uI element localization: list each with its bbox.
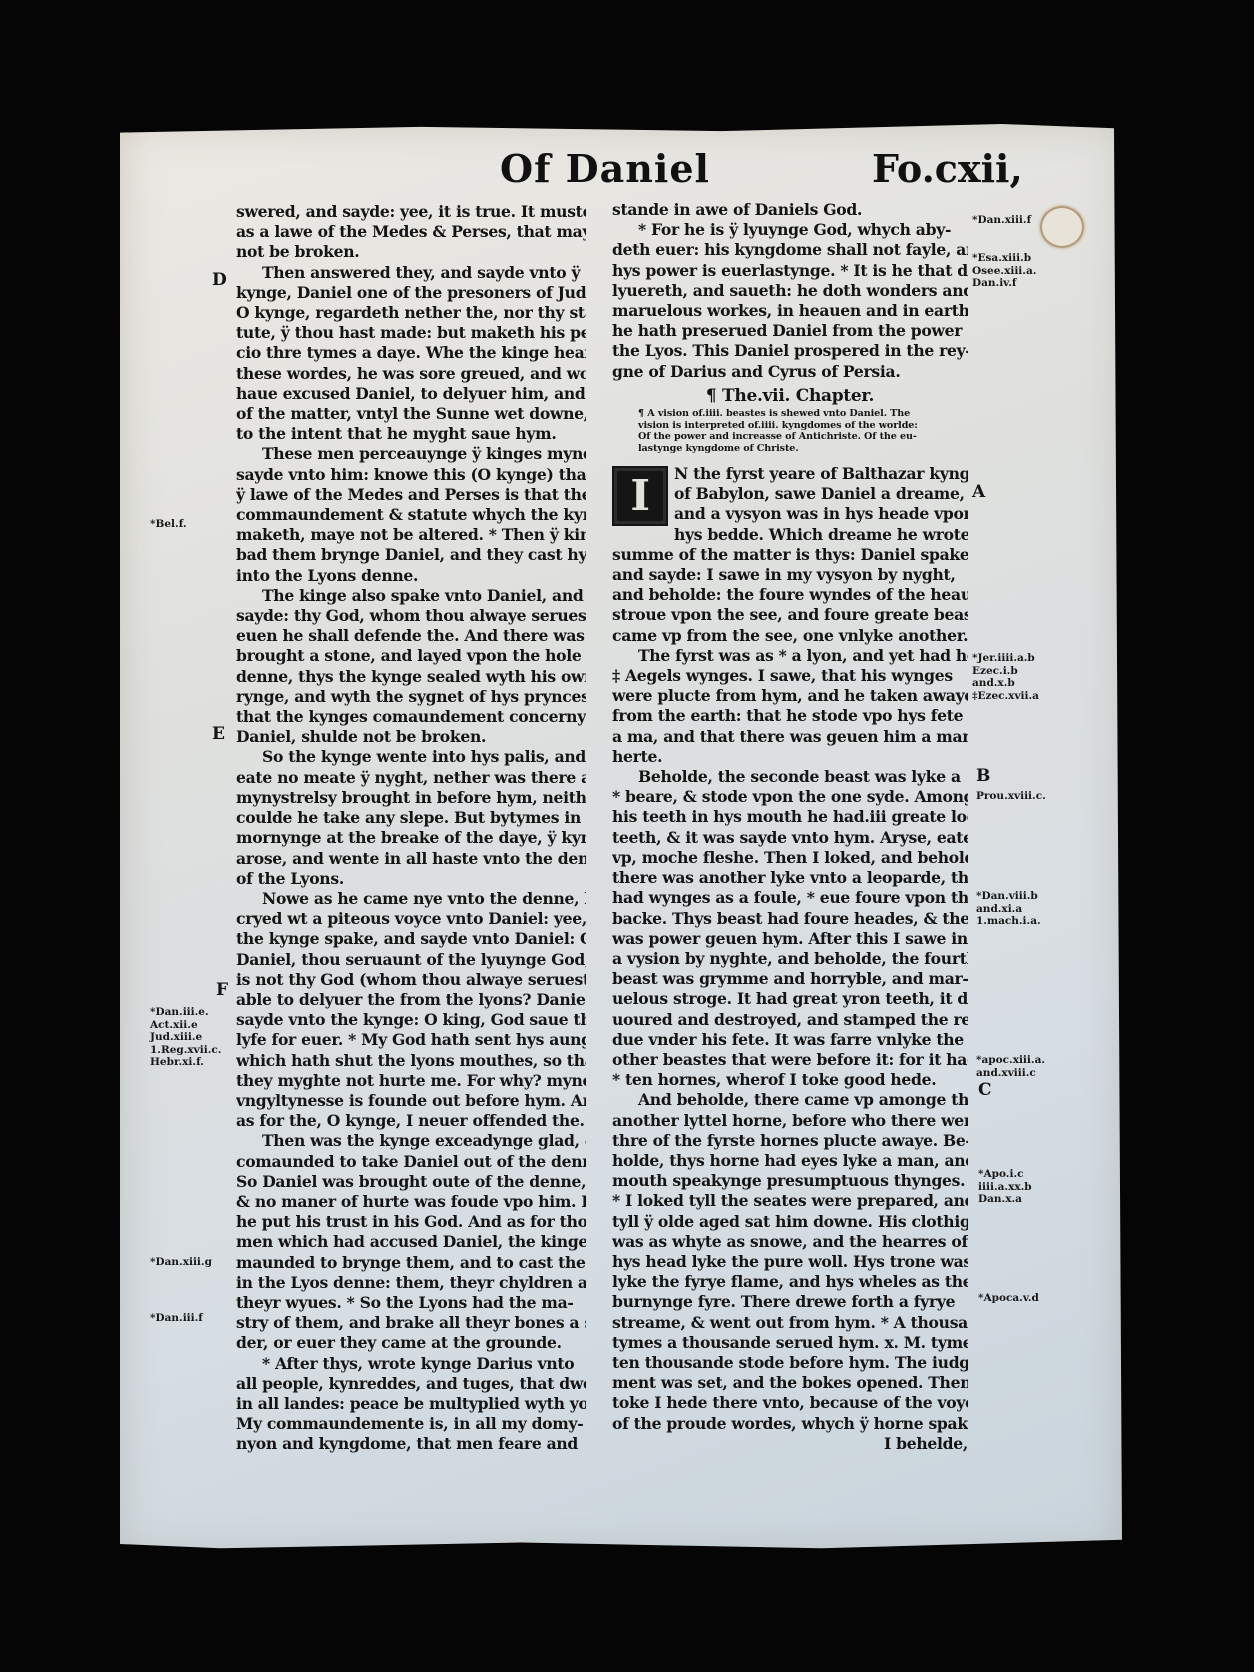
text-line: swered, and sayde: yee, it is true. It m… xyxy=(236,202,586,222)
text-line: My commaundemente is, in all my domy- xyxy=(236,1414,586,1434)
text-line: vp, moche fleshe. Then I loked, and beho… xyxy=(612,848,968,868)
text-line: * ten hornes, wherof I toke good hede. xyxy=(612,1070,968,1090)
text-line: were plucte from hym, and he taken awaye xyxy=(612,686,968,706)
text-line: These men perceauynge ÿ kinges mynde, xyxy=(236,444,586,464)
text-line: rynge, and wyth the sygnet of hys prynce… xyxy=(236,687,586,707)
chapter-summary: ¶ A vision of.iiii. beastes is shewed vn… xyxy=(612,408,968,454)
text-line: in the Lyos denne: them, theyr chyldren … xyxy=(236,1273,586,1293)
section-letter-e: E xyxy=(212,724,225,744)
text-line: ment was set, and the bokes opened. Then xyxy=(612,1373,968,1393)
text-line: other beastes that were before it: for i… xyxy=(612,1050,968,1070)
text-line: * For he is ÿ lyuynge God, whych aby- xyxy=(612,220,968,240)
text-line: Then was the kynge exceadynge glad, & xyxy=(236,1131,586,1151)
folio-number: Fo.cxii, xyxy=(872,146,1023,191)
text-line: herte. xyxy=(612,747,968,767)
text-line: vision is interpreted of.iiii. kyngdomes… xyxy=(638,420,968,432)
text-line: as for the, O kynge, I neuer offended th… xyxy=(236,1111,586,1131)
text-line: denne, thys the kynge sealed wyth his ow… xyxy=(236,667,586,687)
text-line: able to delyuer the from the lyons? Dani… xyxy=(236,990,586,1010)
text-line: euen he shall defende the. And there was xyxy=(236,626,586,646)
left-text-column: swered, and sayde: yee, it is true. It m… xyxy=(236,202,586,1455)
text-line: * I loked tyll the seates were prepared,… xyxy=(612,1191,968,1211)
margin-note: *Apoca.v.d xyxy=(978,1292,1039,1305)
text-line: holde, thys horne had eyes lyke a man, a… xyxy=(612,1151,968,1171)
text-line: tute, ÿ thou hast made: but maketh his p… xyxy=(236,323,586,343)
text-line: cryed wt a piteous voyce vnto Daniel: ye… xyxy=(236,909,586,929)
text-line: mornynge at the breake of the daye, ÿ ky… xyxy=(236,828,586,848)
text-line: hys power is euerlastynge. * It is he th… xyxy=(612,261,968,281)
text-line: eate no meate ÿ nyght, nether was there … xyxy=(236,768,586,788)
text-line: he put his trust in his God. And as for … xyxy=(236,1212,586,1232)
text-line: haue excused Daniel, to delyuer him, and… xyxy=(236,384,586,404)
text-line: Nowe as he came nye vnto the denne, he xyxy=(236,889,586,909)
paper-stain xyxy=(1040,206,1084,248)
text-line: commaundement & statute whych the kynge xyxy=(236,505,586,525)
margin-note: *Dan.iii.f xyxy=(150,1312,203,1325)
text-line: * After thys, wrote kynge Darius vnto xyxy=(236,1354,586,1374)
text-line: sayde vnto him: knowe this (O kynge) tha… xyxy=(236,465,586,485)
catchword: I behelde, xyxy=(612,1434,968,1454)
text-line: ‡ Aegels wynges. I sawe, that his wynges xyxy=(612,666,968,686)
text-line: mouth speakynge presumptuous thynges. xyxy=(612,1171,968,1191)
text-line: these wordes, he was sore greued, and wo… xyxy=(236,364,586,384)
section-letter-b: B xyxy=(976,766,990,786)
text-line: another lyttel horne, before who there w… xyxy=(612,1111,968,1131)
margin-note: *Dan.xiii.g xyxy=(150,1256,212,1269)
text-line: der, or euer they came at the grounde. xyxy=(236,1333,586,1353)
text-line: the Lyos. This Daniel prospered in the r… xyxy=(612,341,968,361)
text-line: as a lawe of the Medes & Perses, that ma… xyxy=(236,222,586,242)
text-line: The kinge also spake vnto Daniel, and xyxy=(236,586,586,606)
text-line: Daniel, shulde not be broken. xyxy=(236,727,586,747)
margin-note: Prou.xviii.c. xyxy=(976,790,1046,803)
text-line: not be broken. xyxy=(236,242,586,262)
margin-note: *Bel.f. xyxy=(150,518,187,531)
text-line: to the intent that he myght saue hym. xyxy=(236,424,586,444)
text-line: nyon and kyngdome, that men feare and xyxy=(236,1434,586,1454)
text-line: thre of the fyrste hornes plucte awaye. … xyxy=(612,1131,968,1151)
text-line: which hath shut the lyons mouthes, so th… xyxy=(236,1051,586,1071)
text-line: And beholde, there came vp amonge them, xyxy=(612,1090,968,1110)
text-line: from the earth: that he stode vpo hys fe… xyxy=(612,706,968,726)
text-line: ¶ A vision of.iiii. beastes is shewed vn… xyxy=(638,408,968,420)
text-line: deth euer: his kyngdome shall not fayle,… xyxy=(612,240,968,260)
text-line: So Daniel was brought oute of the denne, xyxy=(236,1172,586,1192)
margin-note: *Esa.xiii.b Osee.xiii.a. Dan.iv.f xyxy=(972,252,1036,290)
text-line: they myghte not hurte me. For why? myne xyxy=(236,1071,586,1091)
margin-note: *Dan.xiii.f xyxy=(972,214,1031,227)
text-line: teeth, & it was sayde vnto hym. Aryse, e… xyxy=(612,828,968,848)
text-line: backe. Thys beast had foure heades, & th… xyxy=(612,909,968,929)
text-line: of the Lyons. xyxy=(236,869,586,889)
text-line: Daniel, thou seruaunt of the lyuynge God… xyxy=(236,950,586,970)
text-line: cio thre tymes a daye. Whe the kinge hea… xyxy=(236,343,586,363)
text-line: ÿ lawe of the Medes and Perses is that t… xyxy=(236,485,586,505)
section-letter-c: C xyxy=(978,1080,992,1100)
text-line: and beholde: the foure wyndes of the hea… xyxy=(612,585,968,605)
text-line: there was another lyke vnto a leoparde, … xyxy=(612,868,968,888)
text-line: uelous stroge. It had great yron teeth, … xyxy=(612,989,968,1009)
text-line: N the fyrst yeare of Balthazar kyng xyxy=(674,464,968,484)
text-line: lyuereth, and saueth: he doth wonders an… xyxy=(612,281,968,301)
text-line: is not thy God (whom thou alwaye seruest… xyxy=(236,970,586,990)
text-line: he hath preserued Daniel from the power … xyxy=(612,321,968,341)
text-line: tyll ÿ olde aged sat him downe. His clot… xyxy=(612,1212,968,1232)
text-line: ten thousande stode before hym. The iudg… xyxy=(612,1353,968,1373)
text-line: bad them brynge Daniel, and they cast hy… xyxy=(236,545,586,565)
text-line: lyke the fyrye flame, and hys wheles as … xyxy=(612,1272,968,1292)
text-line: hys head lyke the pure woll. Hys trone w… xyxy=(612,1252,968,1272)
running-head: Of Daniel xyxy=(500,146,710,191)
text-line: beast was grymme and horryble, and mar- xyxy=(612,969,968,989)
text-line: a vysion by nyghte, and beholde, the fou… xyxy=(612,949,968,969)
text-line: of the proude wordes, whych ÿ horne spak… xyxy=(612,1414,968,1434)
text-line: So the kynge wente into hys palis, and xyxy=(236,747,586,767)
text-line: * beare, & stode vpon the one syde. Amon… xyxy=(612,787,968,807)
text-line: hys bedde. Which dreame he wrote, and th… xyxy=(674,525,968,545)
text-line: Then answered they, and sayde vnto ÿ xyxy=(236,263,586,283)
text-line: stry of them, and brake all theyr bones … xyxy=(236,1313,586,1333)
section-letter-d: D xyxy=(212,270,227,290)
text-line: was as whyte as snowe, and the hearres o… xyxy=(612,1232,968,1252)
text-line: stande in awe of Daniels God. xyxy=(612,200,968,220)
text-line: arose, and wente in all haste vnto the d… xyxy=(236,849,586,869)
text-line: of the matter, vntyl the Sunne wet downe… xyxy=(236,404,586,424)
text-line: summe of the matter is thys: Daniel spak… xyxy=(612,545,968,565)
text-line: maunded to brynge them, and to cast them xyxy=(236,1253,586,1273)
text-line: stroue vpon the see, and foure greate be… xyxy=(612,605,968,625)
section-letter-f: F xyxy=(216,980,228,1000)
margin-note: *Dan.viii.b and.xi.a 1.mach.i.a. xyxy=(976,890,1041,928)
text-line: men which had accused Daniel, the kinge … xyxy=(236,1232,586,1252)
text-line: came vp from the see, one vnlyke another… xyxy=(612,626,968,646)
text-line: that the kynges comaundement concernyng xyxy=(236,707,586,727)
text-line: O kynge, regardeth nether the, nor thy s… xyxy=(236,303,586,323)
text-line: of Babylon, sawe Daniel a dreame, xyxy=(674,484,968,504)
text-line: comaunded to take Daniel out of the denn… xyxy=(236,1152,586,1172)
text-line: The fyrst was as * a lyon, and yet had h… xyxy=(612,646,968,666)
text-line: his teeth in hys mouth he had.iii greate… xyxy=(612,807,968,827)
text-line: lastynge kyngdome of Christe. xyxy=(638,443,968,455)
text-line: due vnder his fete. It was farre vnlyke … xyxy=(612,1030,968,1050)
text-line: Of the power and increasse of Antichrist… xyxy=(638,431,968,443)
text-line: kynge, Daniel one of the presoners of Ju… xyxy=(236,283,586,303)
text-line: maketh, maye not be altered. * Then ÿ ki… xyxy=(236,525,586,545)
text-line: sayde vnto the kynge: O king, God saue t… xyxy=(236,1010,586,1030)
decorated-initial: I xyxy=(612,466,668,526)
chapter-heading: ¶ The.vii. Chapter. xyxy=(612,386,968,406)
text-line: vngyltynesse is founde out before hym. A… xyxy=(236,1091,586,1111)
text-line: uoured and destroyed, and stamped the re… xyxy=(612,1010,968,1030)
text-line: the kynge spake, and sayde vnto Daniel: … xyxy=(236,929,586,949)
margin-note: *Jer.iiii.a.b Ezec.i.b and.x.b ‡Ezec.xvi… xyxy=(972,652,1039,702)
text-line: burnynge fyre. There drewe forth a fyrye xyxy=(612,1292,968,1312)
text-line: and sayde: I sawe in my vysyon by nyght, xyxy=(612,565,968,585)
text-line: maruelous workes, in heauen and in earth… xyxy=(612,301,968,321)
text-line: streame, & went out from hym. * A thousa… xyxy=(612,1313,968,1333)
text-line: theyr wyues. * So the Lyons had the ma- xyxy=(236,1293,586,1313)
text-line: mynystrelsy brought in before hym, neith… xyxy=(236,788,586,808)
text-line: tymes a thousande serued hym. x. M. tyme… xyxy=(612,1333,968,1353)
text-line: gne of Darius and Cyrus of Persia. xyxy=(612,362,968,382)
text-line: into the Lyons denne. xyxy=(236,566,586,586)
text-line: had wynges as a foule, * eue foure vpon … xyxy=(612,888,968,908)
margin-note: *Dan.iii.e. Act.xii.e Jud.xiii.e 1.Reg.x… xyxy=(150,1006,221,1069)
right-text-column: stande in awe of Daniels God.* For he is… xyxy=(612,200,968,1454)
text-line: toke I hede there vnto, because of the v… xyxy=(612,1393,968,1413)
text-line: lyfe for euer. * My God hath sent hys au… xyxy=(236,1030,586,1050)
text-line: all people, kynreddes, and tuges, that d… xyxy=(236,1374,586,1394)
text-line: a ma, and that there was geuen him a man… xyxy=(612,727,968,747)
text-line: brought a stone, and layed vpon the hole… xyxy=(236,646,586,666)
margin-note: *apoc.xiii.a. and.xviii.c xyxy=(976,1054,1045,1079)
text-line: sayde: thy God, whom thou alwaye seruest… xyxy=(236,606,586,626)
text-line: in all landes: peace be multyplied wyth … xyxy=(236,1394,586,1414)
text-line: and a vysyon was in hys heade vpon xyxy=(674,504,968,524)
section-letter-a: A xyxy=(972,482,985,502)
margin-note: *Apo.i.c iiii.a.xx.b Dan.x.a xyxy=(978,1168,1032,1206)
text-line: & no maner of hurte was foude vpo him. F… xyxy=(236,1192,586,1212)
text-line: Beholde, the seconde beast was lyke a xyxy=(612,767,968,787)
text-line: was power geuen hym. After this I sawe i… xyxy=(612,929,968,949)
text-line: coulde he take any slepe. But bytymes in… xyxy=(236,808,586,828)
